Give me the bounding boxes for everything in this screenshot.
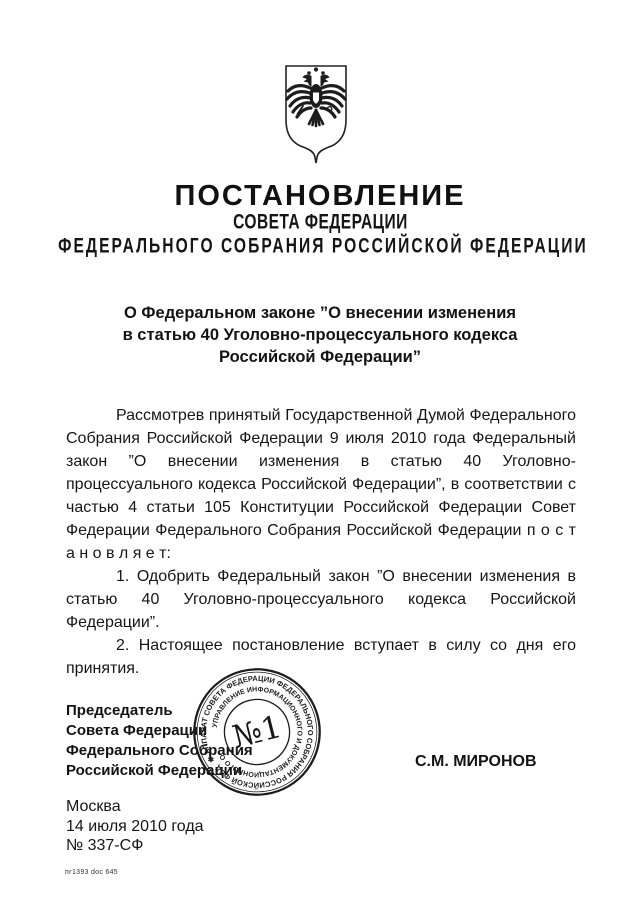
issuing-body-line1: СОВЕТА ФЕДЕРАЦИИ	[0, 212, 640, 234]
document-body: Рассмотрев принятый Государственной Думо…	[66, 404, 576, 680]
stamp-center-number: №1	[229, 709, 285, 756]
issuance-number: № 337-СФ	[66, 836, 204, 856]
body-paragraph-preamble: Рассмотрев принятый Государственной Думо…	[66, 404, 576, 565]
issuing-body-line1-text: СОВЕТА ФЕДЕРАЦИИ	[233, 211, 408, 236]
document-page: ПОСТАНОВЛЕНИЕ СОВЕТА ФЕДЕРАЦИИ ФЕДЕРАЛЬН…	[0, 0, 640, 905]
double-headed-eagle-icon	[282, 62, 350, 164]
document-type-title: ПОСТАНОВЛЕНИЕ	[0, 180, 640, 213]
issuance-city: Москва	[66, 797, 204, 817]
issuance-block: Москва 14 июля 2010 года № 337-СФ	[66, 797, 204, 856]
subject-line2: в статью 40 Уголовно-процессуального код…	[0, 324, 640, 346]
issuance-date: 14 июля 2010 года	[66, 817, 204, 837]
signatory-name: С.М. МИРОНОВ	[415, 753, 537, 771]
subject-line3: Российской Федерации”	[0, 346, 640, 368]
official-round-stamp: ✱ АППАРАТ СОВЕТА ФЕДЕРАЦИИ ФЕДЕРАЛЬНОГО …	[191, 666, 323, 798]
body-paragraph-item1: 1. Одобрить Федеральный закон ”О внесени…	[66, 565, 576, 634]
print-doc-mark: пг1393 doc 645	[65, 869, 118, 876]
stamp-seal-icon: ✱ АППАРАТ СОВЕТА ФЕДЕРАЦИИ ФЕДЕРАЛЬНОГО …	[191, 666, 323, 798]
issuing-body-line2: ФЕДЕРАЛЬНОГО СОБРАНИЯ РОССИЙСКОЙ ФЕДЕРАЦ…	[0, 236, 640, 258]
subject-line1: О Федеральном законе ”О внесении изменен…	[0, 302, 640, 324]
russian-coat-of-arms	[282, 62, 350, 164]
document-subject: О Федеральном законе ”О внесении изменен…	[0, 302, 640, 368]
issuing-body-line2-text: ФЕДЕРАЛЬНОГО СОБРАНИЯ РОССИЙСКОЙ ФЕДЕРАЦ…	[58, 235, 588, 260]
